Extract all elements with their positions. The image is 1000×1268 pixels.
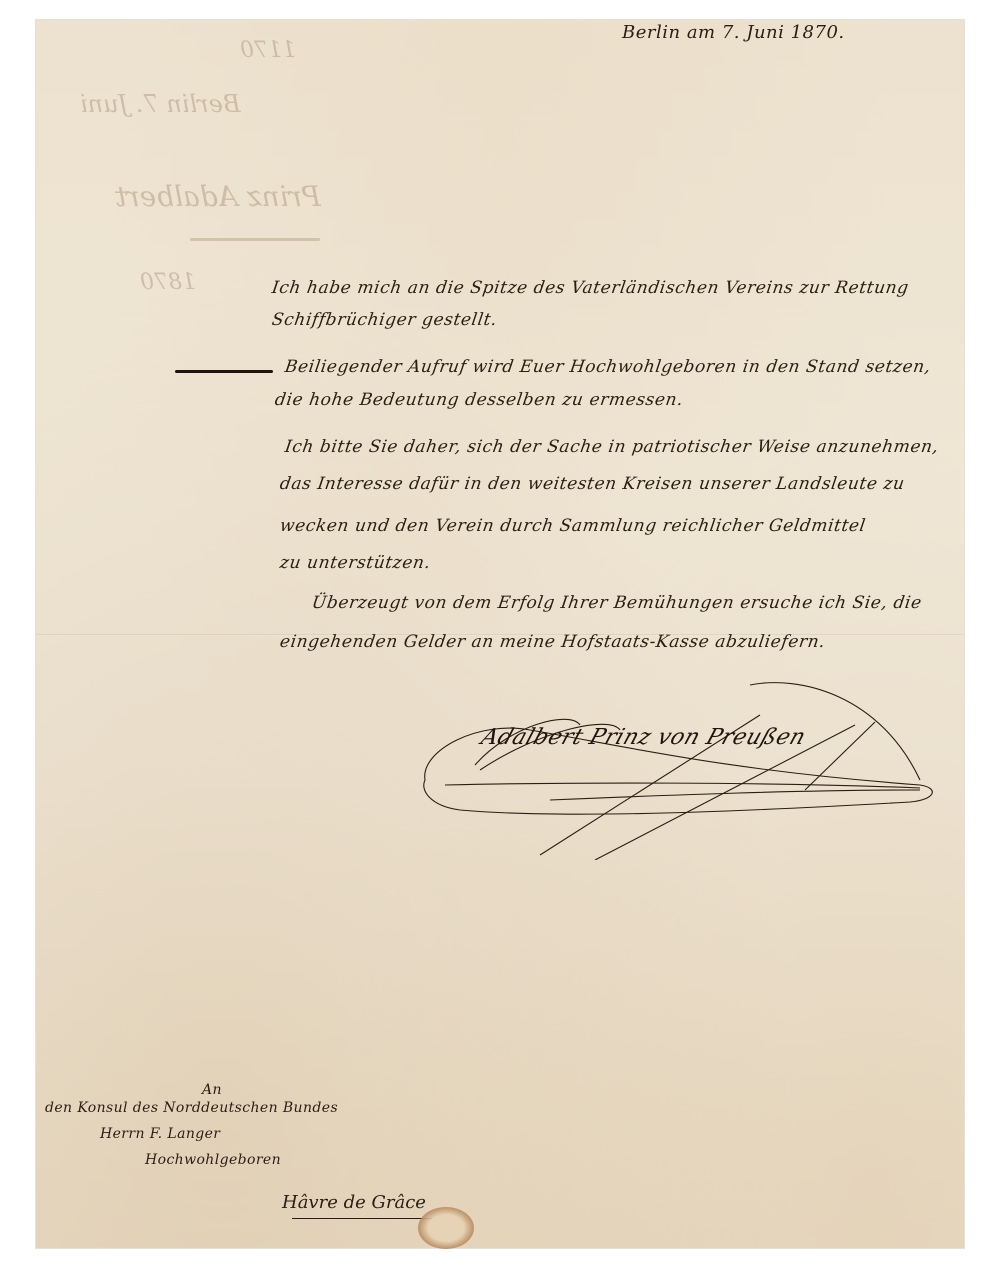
body-line: Beiliegender Aufruf wird Euer Hochwohlge… [284, 357, 933, 377]
body-line: wecken und den Verein durch Sammlung rei… [279, 516, 867, 536]
signature-flourish-icon [420, 670, 960, 860]
body-line: Überzeugt von dem Erfolg Ihrer Bemühunge… [311, 593, 924, 613]
address-place: Hâvre de Grâce [282, 1192, 426, 1213]
dash-mark [175, 370, 273, 373]
body-line: das Interesse dafür in den weitesten Kre… [279, 474, 906, 494]
page: 1170 Berlin 7. Juni Prinz Adalbert 1870 … [0, 0, 1000, 1268]
body-line: Ich habe mich an die Spitze des Vaterlän… [271, 278, 911, 298]
dateline: Berlin am 7. Juni 1870. [622, 22, 845, 43]
wax-stain [418, 1207, 474, 1249]
body-line: Ich bitte Sie daher, sich der Sache in p… [284, 437, 940, 457]
address-line: Hochwohlgeboren [145, 1152, 281, 1168]
address-line: Herrn F. Langer [100, 1126, 220, 1142]
address-line: den Konsul des Norddeutschen Bundes [45, 1100, 338, 1116]
bleed-through-rule [190, 238, 320, 241]
body-line: die hohe Bedeutung desselben zu ermessen… [274, 390, 685, 410]
place-underline [292, 1218, 432, 1219]
signature: Adalbert Prinz von Preußen [420, 670, 960, 860]
bleed-through-year: 1870 [140, 270, 196, 295]
bleed-through-dateline: Berlin 7. Juni [80, 90, 241, 118]
bleed-through-name: Prinz Adalbert [115, 180, 321, 213]
body-line: Schiffbrüchiger gestellt. [271, 310, 499, 330]
body-line: zu unterstützen. [279, 553, 432, 573]
body-line: eingehenden Gelder an meine Hofstaats-Ka… [279, 632, 827, 652]
signature-text: Adalbert Prinz von Preußen [478, 725, 809, 750]
bleed-through-number: 1170 [240, 38, 296, 63]
address-line: An [202, 1082, 222, 1098]
